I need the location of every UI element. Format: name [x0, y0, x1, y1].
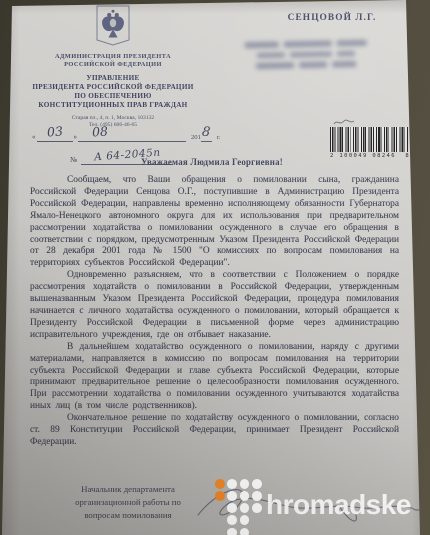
watermark-dots-icon: [214, 478, 263, 535]
watermark-dot: [240, 515, 250, 525]
document-photo: АДМИНИСТРАЦИЯ ПРЕЗИДЕНТА РОССИЙСКОЙ ФЕДЕ…: [0, 0, 430, 535]
watermark-dot: [252, 491, 262, 501]
watermark-dot: [215, 491, 225, 501]
redacted-address-block: [238, 40, 375, 74]
handwriting-mark-icon: [332, 117, 356, 127]
letter-body: Сообщаем, что Ваши обращения о помилован…: [30, 175, 399, 449]
document-paper: АДМИНИСТРАЦИЯ ПРЕЗИДЕНТА РОССИЙСКОЙ ФЕДЕ…: [0, 0, 430, 535]
number-sign: №: [70, 155, 77, 165]
watermark-dot: [215, 479, 225, 489]
body-paragraph: В дальнейшем ходатайство осужденного о п…: [30, 342, 399, 413]
signature-title: Начальник департамента организационной р…: [44, 483, 212, 522]
signature-title-line: вопросам помилования: [44, 509, 212, 522]
department-line: ПРЕЗИДЕНТА РОССИЙСКОЙ ФЕДЕРАЦИИ: [13, 83, 213, 92]
body-paragraph: Одновременно разъясняем, что в соответст…: [30, 270, 399, 341]
barcode: [330, 127, 408, 152]
watermark-dot: [227, 515, 237, 525]
coat-of-arms-icon: [96, 5, 130, 46]
watermark-dot: [252, 479, 262, 489]
department-line: КОНСТИТУЦИОННЫХ ПРАВ ГРАЖДАН: [13, 101, 213, 110]
watermark: hromadske: [214, 478, 263, 535]
signature-title-line: Начальник департамента: [44, 483, 212, 496]
agency-line: РОССИЙСКОЙ ФЕДЕРАЦИИ: [13, 61, 213, 69]
watermark-dot: [227, 528, 237, 535]
salutation: Уважаемая Людмила Георгиевна!: [141, 157, 283, 167]
department-line: УПРАВЛЕНИЕ: [13, 74, 213, 83]
watermark-dot: [240, 491, 250, 501]
department-line: ПО ОБЕСПЕЧЕНИЮ: [13, 92, 213, 101]
date-field: « 03 » 08 201 8 г.: [31, 123, 221, 142]
signature-title-line: организационной работы по: [44, 496, 212, 509]
body-paragraph: Окончательное решение по ходатайству осу…: [30, 413, 399, 449]
date-year-written: 8: [201, 123, 212, 142]
barcode-block: 2 100049 08246 8: [330, 117, 410, 159]
body-paragraph: Сообщаем, что Ваши обращения о помилован…: [30, 175, 399, 270]
letterhead: АДМИНИСТРАЦИЯ ПРЕЗИДЕНТА РОССИЙСКОЙ ФЕДЕ…: [13, 5, 213, 129]
redacted-line: [238, 40, 374, 48]
date-year-printed: 201: [191, 133, 201, 142]
watermark-dot: [240, 528, 250, 535]
agency-line: АДМИНИСТРАЦИЯ ПРЕЗИДЕНТА: [13, 53, 213, 61]
watermark-dot: [240, 479, 250, 489]
redacted-line: [238, 50, 374, 58]
watermark-dot: [227, 503, 237, 513]
watermark-dot: [227, 491, 237, 501]
letterhead-address: Старая пл., 4, п. 1, Москва, 103132: [13, 115, 213, 122]
barcode-number: 2 100049 08246 8: [330, 153, 410, 159]
watermark-dot: [227, 479, 237, 489]
watermark-dot: [252, 503, 262, 513]
watermark-brand-text: hromadske: [266, 490, 411, 520]
watermark-dot: [240, 503, 250, 513]
date-suffix: г.: [217, 133, 221, 142]
addressee-name: СЕНЦОВОЙ Л.Г.: [252, 13, 412, 23]
date-day: 03: [37, 123, 73, 142]
date-month: 08: [78, 123, 186, 142]
redacted-line: [238, 61, 374, 69]
